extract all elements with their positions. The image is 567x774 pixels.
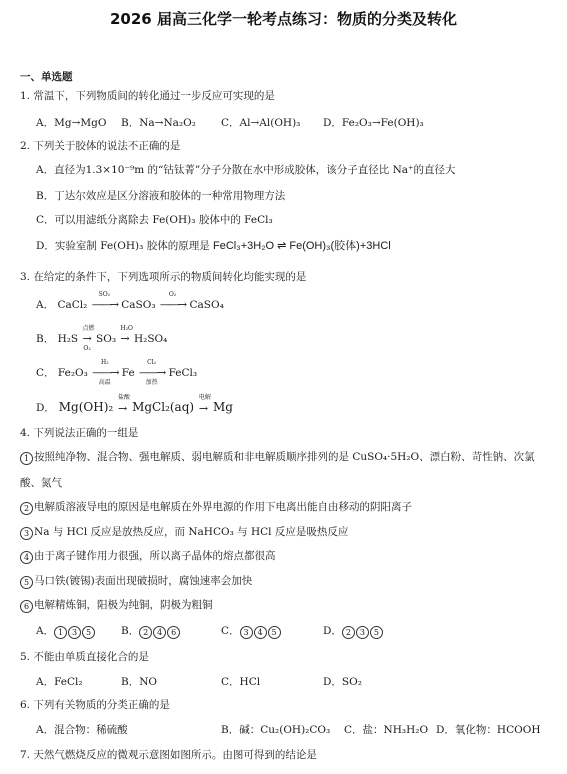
circled-number-icon: 5 [20, 576, 33, 589]
option-b[interactable]: B．Na→Na₂O₂ [121, 116, 196, 130]
reaction-arrow: H₂O→ [120, 332, 129, 346]
reaction-arrow: H₂——→高温 [92, 366, 117, 380]
statement-2: 2电解质溶液导电的原因是电解质在外界电源的作用下电离出能自由移动的阴阳离子 [20, 500, 412, 515]
option-c[interactable]: C．可以用滤纸分离除去 Fe(OH)₃ 胶体中的 FeCl₃ [36, 213, 273, 227]
question-stem: 下列有关物质的分类正确的是 [33, 699, 170, 711]
question-number: 1. [20, 90, 30, 102]
circled-number-icon: 2 [20, 502, 33, 515]
question-2: 2. 下列关于胶体的说法不正确的是 [20, 139, 180, 153]
option-a[interactable]: A．FeCl₂ [36, 675, 83, 689]
reaction-arrow: SO₂——→ [92, 298, 117, 312]
question-stem: 下列关于胶体的说法不正确的是 [33, 140, 180, 152]
option-a[interactable]: A．135 [36, 624, 96, 639]
reaction-arrow: 点燃→O₂ [82, 332, 91, 346]
reaction-arrow: Cl₂——→加热 [139, 366, 164, 380]
option-d[interactable]: D． Mg(OH)₂ 盐酸→ MgCl₂(aq) 电解→ Mg [36, 400, 233, 415]
question-7: 7. 天然气燃烧反应的微观示意图如图所示。由图可得到的结论是 [20, 748, 317, 762]
option-d[interactable]: D．235 [323, 624, 384, 639]
document-title: 2026 届高三化学一轮考点练习：物质的分类及转化 [0, 8, 567, 29]
statement-1-continued: 酸、氮气 [20, 476, 62, 490]
option-b[interactable]: B．246 [121, 624, 181, 639]
question-5: 5. 不能由单质直接化合的是 [20, 650, 149, 664]
option-a[interactable]: A．Mg→MgO [36, 116, 106, 130]
option-b[interactable]: B．碱：Cu₂(OH)₂CO₃ [221, 723, 330, 737]
option-b[interactable]: B． H₂S 点燃→O₂ SO₃ H₂O→ H₂SO₄ [36, 332, 167, 346]
option-d[interactable]: D．SO₂ [323, 675, 362, 689]
option-a[interactable]: A． CaCl₂ SO₂——→ CaSO₃ O₂——→ CaSO₄ [36, 298, 224, 312]
circled-number-icon: 6 [20, 600, 33, 613]
reaction-arrow: O₂——→ [160, 298, 185, 312]
statement-4: 4由于离子键作用力很强，所以离子晶体的熔点都很高 [20, 549, 276, 564]
option-a[interactable]: A．混合物：稀硫酸 [36, 723, 128, 737]
option-a[interactable]: A．直径为1.3×10⁻⁹m 的“钴钛菁”分子分散在水中形成胶体，该分子直径比 … [36, 163, 456, 177]
statement-5: 5马口铁(镀锡)表面出现破损时，腐蚀速率会加快 [20, 574, 252, 589]
question-6: 6. 下列有关物质的分类正确的是 [20, 698, 170, 712]
equation: FeCl₃+3H₂O ⇌ Fe(OH)₃(胶体)+3HCl [213, 240, 391, 252]
question-3: 3. 在给定的条件下，下列选项所示的物质间转化均能实现的是 [20, 270, 306, 284]
option-b[interactable]: B．NO [121, 675, 157, 689]
option-d[interactable]: D．Fe₂O₃→Fe(OH)₃ [323, 116, 424, 130]
option-c[interactable]: C．盐：NH₃H₂O [344, 723, 428, 737]
question-number: 6. [20, 699, 30, 711]
option-c[interactable]: C． Fe₂O₃ H₂——→高温 Fe Cl₂——→加热 FeCl₃ [36, 366, 197, 380]
question-stem: 下列说法正确的一组是 [33, 427, 138, 439]
option-d[interactable]: D．氧化物：HCOOH [436, 723, 541, 737]
reaction-arrow: 电解→ [199, 401, 208, 415]
statement-6: 6电解精炼铜，阳极为纯铜，阴极为粗铜 [20, 598, 213, 613]
question-stem: 天然气燃烧反应的微观示意图如图所示。由图可得到的结论是 [33, 749, 317, 761]
option-c[interactable]: C．345 [221, 624, 282, 639]
question-stem: 在给定的条件下，下列选项所示的物质间转化均能实现的是 [33, 271, 306, 283]
option-c[interactable]: C．HCl [221, 675, 260, 689]
option-b[interactable]: B．丁达尔效应是区分溶液和胶体的一种常用物理方法 [36, 189, 285, 203]
reaction-arrow: 盐酸→ [118, 401, 127, 415]
question-4: 4. 下列说法正确的一组是 [20, 426, 138, 440]
question-number: 4. [20, 427, 30, 439]
option-c[interactable]: C．Al→Al(OH)₃ [221, 116, 300, 130]
question-stem: 常温下，下列物质间的转化通过一步反应可实现的是 [33, 90, 275, 102]
question-number: 7. [20, 749, 30, 761]
circled-number-icon: 4 [20, 551, 33, 564]
question-1: 1. 常温下，下列物质间的转化通过一步反应可实现的是 [20, 89, 275, 103]
circled-number-icon: 3 [20, 527, 33, 540]
circled-number-icon: 1 [20, 452, 33, 465]
question-number: 3. [20, 271, 30, 283]
statement-1: 1按照纯净物、混合物、强电解质、弱电解质和非电解质顺序排列的是 CuSO₄·5H… [20, 450, 535, 465]
question-number: 2. [20, 140, 30, 152]
section-heading: 一、单选题 [20, 69, 73, 84]
statement-3: 3Na 与 HCl 反应是放热反应，而 NaHCO₃ 与 HCl 反应是吸热反应 [20, 525, 348, 540]
question-stem: 不能由单质直接化合的是 [33, 651, 149, 663]
option-d[interactable]: D．实验室制 Fe(OH)₃ 胶体的原理是 FeCl₃+3H₂O ⇌ Fe(OH… [36, 239, 391, 253]
question-number: 5. [20, 651, 30, 663]
